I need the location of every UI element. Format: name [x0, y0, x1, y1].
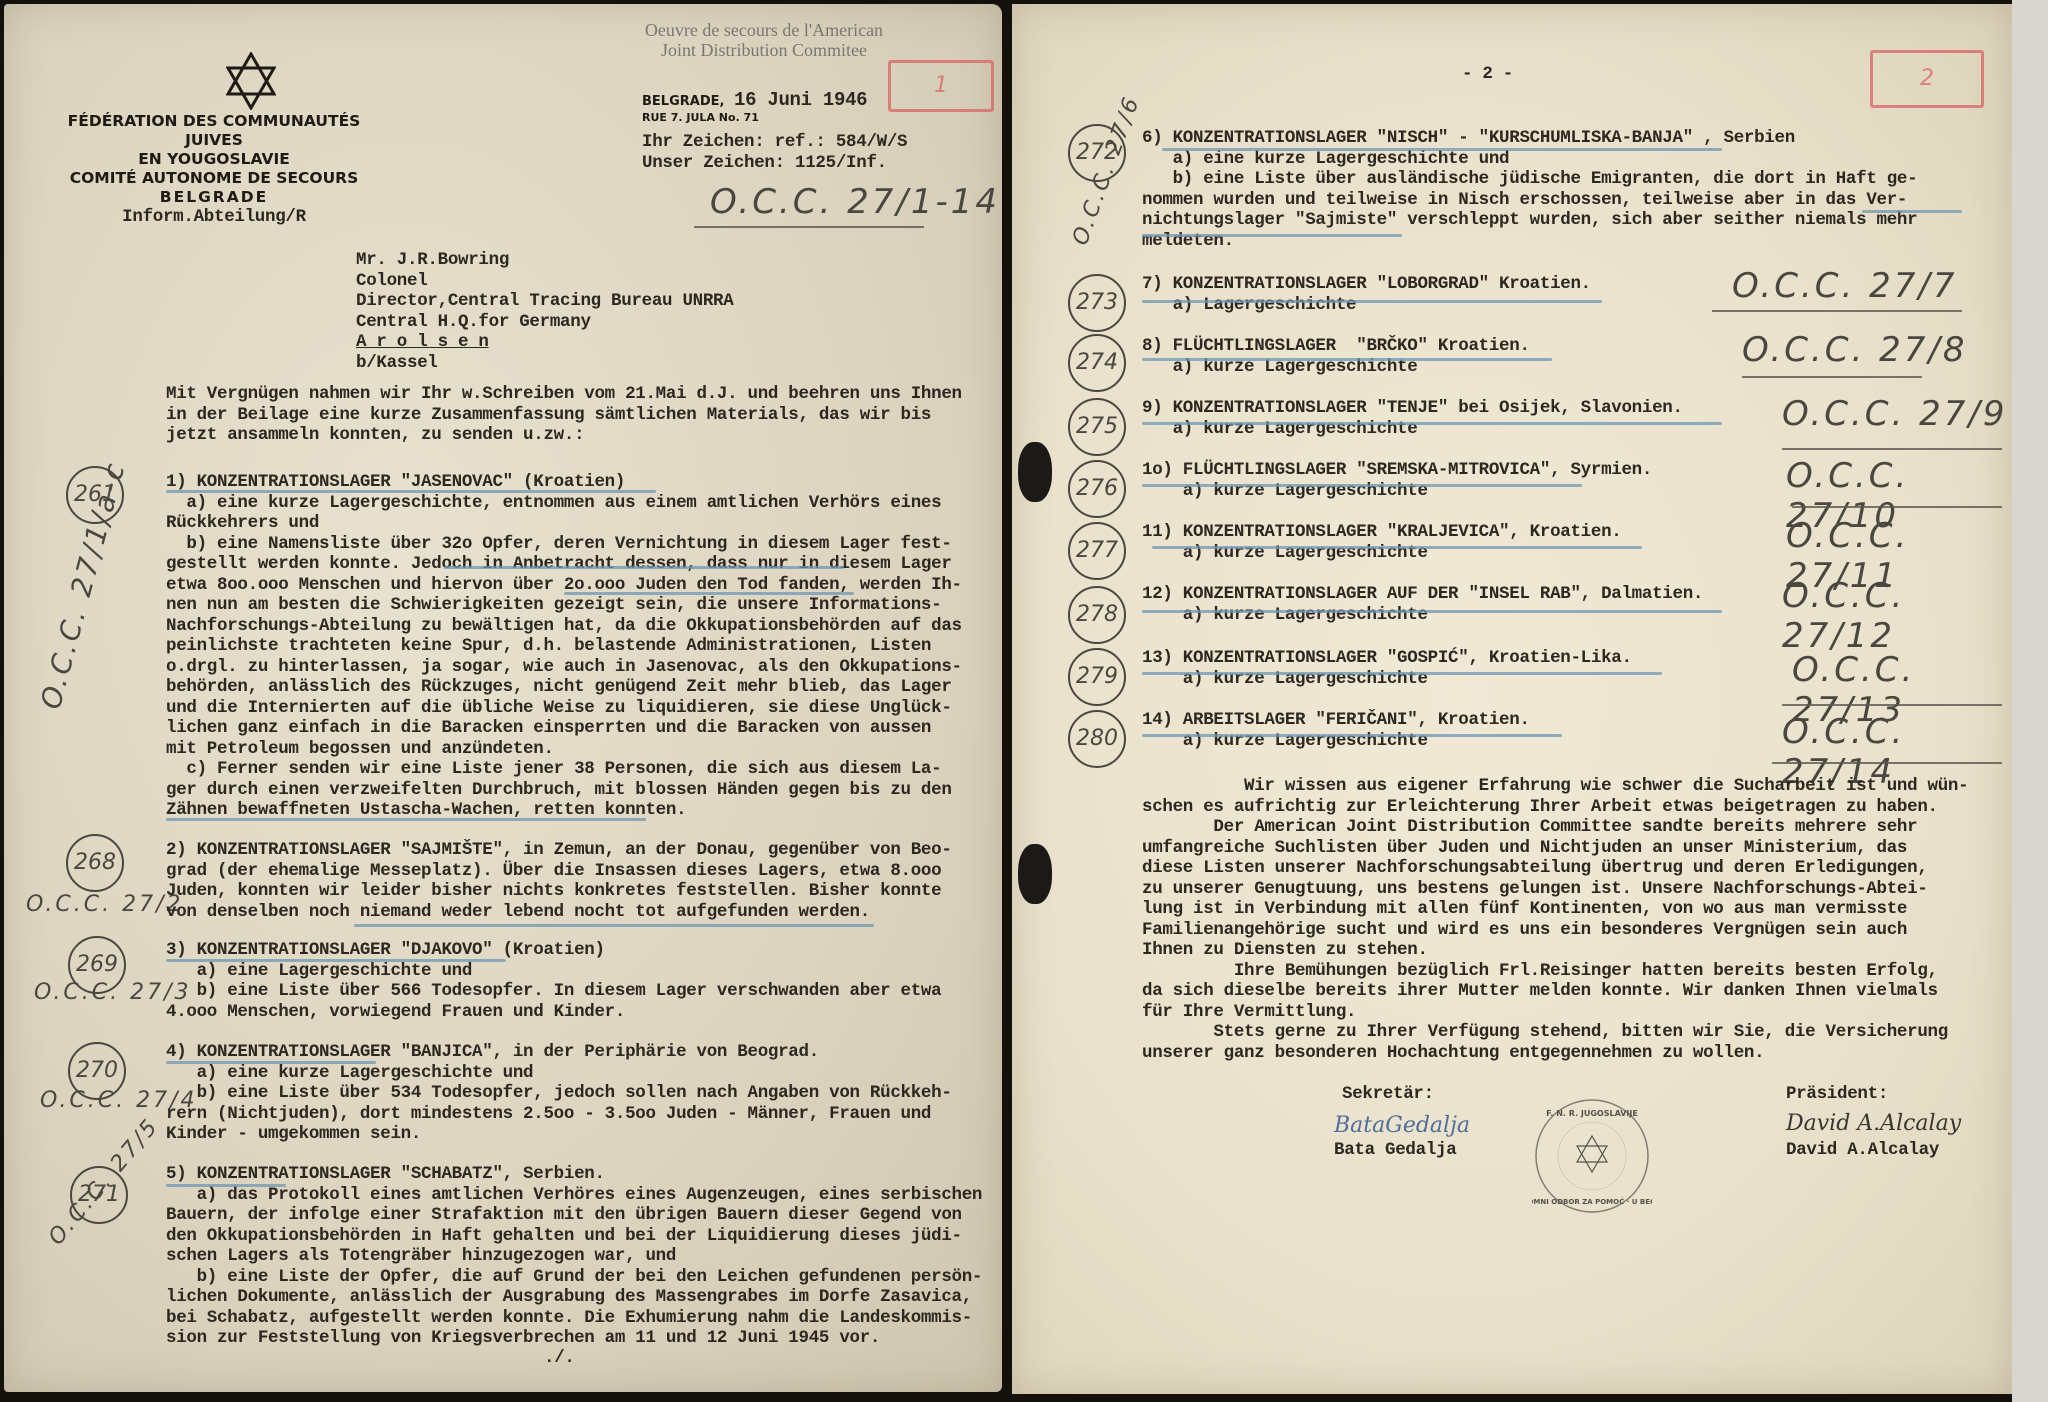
letterhead: FÉDÉRATION DES COMMUNAUTÉS JUIVES EN YOU…	[64, 112, 364, 228]
section-line: nen nun am besten die Schwierigkeiten ge…	[166, 595, 962, 616]
section-line: c) Ferner senden wir eine Liste jener 38…	[166, 759, 962, 780]
section-line: Bauern, der infolge einer Strafaktion mi…	[166, 1205, 982, 1226]
closing-line: Der American Joint Distribution Committe…	[1142, 817, 1968, 838]
place-date: BELGRADE, 16 Juni 1946 RUE 7. JULA No. 7…	[642, 90, 867, 125]
highlight-line	[166, 490, 656, 493]
page-number-box: 1	[888, 60, 994, 112]
section-line: behörden, anlässlich des Rückzuges, nich…	[166, 677, 962, 698]
organization-seal: F. N. R. JUGOSLAVIJE AUTONOMNI ODBOR ZA …	[1532, 1096, 1652, 1216]
section-line: Juden, konnten wir leider bisher nichts …	[166, 881, 952, 902]
closing-line: schen es aufrichtig zur Erleichterung Ih…	[1142, 797, 1968, 818]
archive-number-circle: 279	[1068, 648, 1126, 706]
section-line: Nachforschungs-Abteilung zu bewältigen h…	[166, 616, 962, 637]
highlight-line	[444, 566, 844, 569]
section-line: a) eine Lagergeschichte und	[166, 961, 941, 982]
closing-line: zu unserer Genugtuung, uns bestens gelun…	[1142, 879, 1968, 900]
highlight-line	[166, 1061, 376, 1064]
highlight-line	[354, 924, 874, 927]
section-line: ger durch einen verzweifelten Durchbruch…	[166, 780, 962, 801]
section-heading: 9) KONZENTRATIONSLAGER "TENJE" bei Osije…	[1142, 398, 1683, 419]
section-line: a) Lagergeschichte	[1142, 295, 1591, 316]
highlight-line	[1142, 422, 1722, 425]
highlight-line	[1142, 672, 1662, 675]
section-8: 8) FLÜCHTLINGSLAGER "BRČKO" Kroatien. a)…	[1142, 336, 1530, 377]
section-line: sion zur Feststellung von Kriegsverbrech…	[166, 1328, 982, 1349]
highlight-line	[166, 959, 506, 962]
closing-line: umfangreiche Suchlisten über Juden und N…	[1142, 838, 1968, 859]
file-mark-underline	[694, 226, 924, 228]
section-line: rern (Nichtjuden), dort mindestens 2.5oo…	[166, 1104, 952, 1125]
highlight-line	[1142, 358, 1552, 361]
ajdc-stamp-line-2: Joint Distribution Commitee	[614, 40, 914, 60]
president-signature: David A.Alcalay	[1786, 1111, 1961, 1136]
letterhead-line: FÉDÉRATION DES COMMUNAUTÉS JUIVES	[64, 112, 364, 150]
intro-line: Mit Vergnügen nahmen wir Ihr w.Schreiben…	[166, 384, 962, 405]
file-note-underline	[1792, 506, 2002, 508]
recipient-address: Mr. J.R.Bowring Colonel Director,Central…	[356, 250, 733, 373]
archive-number-circle: 280	[1068, 710, 1126, 768]
scan-background	[2012, 0, 2048, 1402]
section-heading: 8) FLÜCHTLINGSLAGER "BRČKO" Kroatien.	[1142, 336, 1530, 357]
archive-number-circle: 268	[66, 834, 124, 892]
seal-text: F. N. R. JUGOSLAVIJE	[1546, 1109, 1638, 1118]
recipient-line: Central H.Q.for Germany	[356, 312, 733, 333]
ajdc-stamp-line-1: Oeuvre de secours de l'American	[614, 20, 914, 40]
highlight-line	[1142, 610, 1722, 613]
closing-line: für Ihre Vermittlung.	[1142, 1002, 1968, 1023]
section-heading: 6) KONZENTRATIONSLAGER "NISCH" - "KURSCH…	[1142, 128, 1917, 149]
highlight-line	[1142, 300, 1602, 303]
secretary-name: Bata Gedalja	[1334, 1140, 1470, 1161]
continuation-mark: ./.	[544, 1348, 575, 1369]
highlight-line	[1142, 484, 1582, 487]
page-number-box: 2	[1870, 50, 1984, 108]
recipient-city: A r o l s e n	[356, 332, 733, 353]
secretary-signature-block: Sekretär: BataGedalja Bata Gedalja	[1342, 1084, 1470, 1160]
section-line: gestellt werden konnte. Jedoch in Anbetr…	[166, 554, 962, 575]
section-heading: 5) KONZENTRATIONSLAGER "SCHABATZ", Serbi…	[166, 1164, 982, 1185]
closing-line: Ihre Bemühungen bezüglich Frl.Reisinger …	[1142, 961, 1968, 982]
highlight-line	[564, 592, 854, 595]
recipient-line: Colonel	[356, 271, 733, 292]
section-13: 13) KONZENTRATIONSLAGER "GOSPIĆ", Kroati…	[1142, 648, 1632, 689]
highlight-line	[1862, 210, 1962, 213]
secretary-label: Sekretär:	[1342, 1084, 1470, 1105]
section-line: b) eine Namensliste über 32o Opfer, dere…	[166, 534, 962, 555]
file-note-underline	[1772, 762, 2002, 764]
section-5: 5) KONZENTRATIONSLAGER "SCHABATZ", Serbi…	[166, 1164, 982, 1349]
archive-number-circle: 274	[1068, 334, 1126, 392]
section-line: a) das Protokoll eines amtlichen Verhöre…	[166, 1185, 982, 1206]
our-reference: Unser Zeichen: 1125/Inf.	[642, 153, 907, 174]
recipient-line: b/Kassel	[356, 353, 733, 374]
section-line: bei Schabatz, aufgestellt werden konnte.…	[166, 1308, 982, 1329]
ajdc-stamp: Oeuvre de secours de l'American Joint Di…	[614, 20, 914, 60]
section-line: o.drgl. zu hinterlassen, ja sogar, wie a…	[166, 657, 962, 678]
ink-blot	[1018, 844, 1052, 904]
highlight-line	[166, 818, 646, 821]
section-9: 9) KONZENTRATIONSLAGER "TENJE" bei Osije…	[1142, 398, 1683, 439]
seal-text: AUTONOMNI ODBOR ZA POMOĆ · U BEOGRADU	[1532, 1197, 1652, 1206]
recipient-line: Director,Central Tracing Bureau UNRRA	[356, 291, 733, 312]
archive-number-circle: 278	[1068, 586, 1126, 644]
president-name: David A.Alcalay	[1786, 1140, 1961, 1161]
file-note-underline	[1782, 448, 2002, 450]
archive-number-circle: 277	[1068, 522, 1126, 580]
section-heading: 13) KONZENTRATIONSLAGER "GOSPIĆ", Kroati…	[1142, 648, 1632, 669]
file-note-underline	[1782, 704, 2002, 706]
section-heading: 7) KONZENTRATIONSLAGER "LOBORGRAD" Kroat…	[1142, 274, 1591, 295]
archive-number-circle: 276	[1068, 460, 1126, 518]
file-note-underline	[1742, 376, 1922, 378]
section-line: nichtungslager "Sajmiste" verschleppt wu…	[1142, 210, 1917, 231]
highlight-line	[1162, 148, 1722, 151]
section-4: 4) KONZENTRATIONSLAGER "BANJICA", in der…	[166, 1042, 952, 1145]
section-heading: 12) KONZENTRATIONSLAGER AUF DER "INSEL R…	[1142, 584, 1703, 605]
letterhead-line: EN YOUGOSLAVIE	[64, 150, 364, 169]
archive-number-circle: 275	[1068, 398, 1126, 456]
section-line: a) eine kurze Lagergeschichte und	[166, 1063, 952, 1084]
closing-line: Ihnen zu Diensten zu stehen.	[1142, 940, 1968, 961]
section-heading: 1o) FLÜCHTLINGSLAGER "SREMSKA-MITROVICA"…	[1142, 460, 1652, 481]
letterhead-line: COMITÉ AUTONOME DE SECOURS	[64, 169, 364, 188]
section-line: Rückkehrers und	[166, 513, 962, 534]
section-line: peinlichste trachteten keine Spur, d.h. …	[166, 636, 962, 657]
section-heading: 11) KONZENTRATIONSLAGER "KRALJEVICA", Kr…	[1142, 522, 1621, 543]
letterhead-line: BELGRADE	[64, 188, 364, 207]
closing-line: Familienangehörige sucht und wird es uns…	[1142, 920, 1968, 941]
letter-page-2: - 2 - 2 272 O.C.C. 27/6 6) KONZENTRATION…	[1012, 4, 2012, 1394]
president-signature-block: Präsident: David A.Alcalay David A.Alcal…	[1786, 1084, 1961, 1160]
address: RUE 7. JULA No. 71	[642, 111, 867, 125]
section-7: 7) KONZENTRATIONSLAGER "LOBORGRAD" Kroat…	[1142, 274, 1591, 315]
page-number: 1	[934, 73, 948, 98]
page-number: 2	[1920, 66, 1934, 91]
section-10: 1o) FLÜCHTLINGSLAGER "SREMSKA-MITROVICA"…	[1142, 460, 1652, 501]
department: Inform.Abteilung/R	[64, 207, 364, 228]
margin-file-note: O.C.C. 27/7	[1732, 266, 1957, 306]
margin-file-note: O.C.C. 27/2	[26, 892, 184, 917]
their-reference: Ihr Zeichen: ref.: 584/W/S	[642, 132, 907, 153]
section-line: den Okkupationsbehörden in Haft gehalten…	[166, 1226, 982, 1247]
section-12: 12) KONZENTRATIONSLAGER AUF DER "INSEL R…	[1142, 584, 1703, 625]
section-line: b) eine Liste über 566 Todesopfer. In di…	[166, 981, 941, 1002]
margin-file-note: O.C.C. 27/9	[1782, 394, 2007, 434]
section-line: von denselben noch niemand weder lebend …	[166, 902, 952, 923]
section-heading: 14) ARBEITSLAGER "FERIČANI", Kroatien.	[1142, 710, 1530, 731]
letter-page-1: Oeuvre de secours de l'American Joint Di…	[4, 4, 1002, 1392]
closing-line: da sich dieselbe bereits ihrer Mutter me…	[1142, 981, 1968, 1002]
closing-line: Wir wissen aus eigener Erfahrung wie sch…	[1142, 776, 1968, 797]
section-line: Kinder - umgekommen sein.	[166, 1124, 952, 1145]
file-mark-handwritten: O.C.C. 27/1-14	[710, 182, 1000, 222]
recipient-line: Mr. J.R.Bowring	[356, 250, 733, 271]
section-line: mit Petroleum begossen und anzündeten.	[166, 739, 962, 760]
closing-line: diese Listen unserer Nachforschungsabtei…	[1142, 858, 1968, 879]
section-heading: 4) KONZENTRATIONSLAGER "BANJICA", in der…	[166, 1042, 952, 1063]
closing-line: Stets gerne zu Ihrer Verfügung stehend, …	[1142, 1022, 1968, 1043]
highlight-line	[1142, 734, 1562, 737]
section-1: 1) KONZENTRATIONSLAGER "JASENOVAC" (Kroa…	[166, 472, 962, 821]
section-line: nommen wurden und teilweise in Nisch ers…	[1142, 190, 1917, 211]
highlight-line	[1142, 234, 1402, 237]
intro-line: in der Beilage eine kurze Zusammenfassun…	[166, 405, 962, 426]
star-of-david-icon	[226, 52, 276, 110]
section-14: 14) ARBEITSLAGER "FERIČANI", Kroatien. a…	[1142, 710, 1530, 751]
section-line: lichen ganz einfach in die Baracken eins…	[166, 718, 962, 739]
section-line: grad (der ehemalige Messeplatz). Über di…	[166, 861, 952, 882]
section-line: und die Internierten auf die übliche Wei…	[166, 698, 962, 719]
margin-file-note: O.C.C. 27/5	[44, 1113, 164, 1250]
section-heading: 2) KONZENTRATIONSLAGER "SAJMIŠTE", in Ze…	[166, 840, 952, 861]
section-line: a) kurze Lagergeschichte	[1142, 605, 1703, 626]
secretary-signature: BataGedalja	[1334, 1113, 1470, 1138]
references: Ihr Zeichen: ref.: 584/W/S Unser Zeichen…	[642, 132, 907, 173]
ink-blot	[1018, 442, 1052, 502]
margin-file-note: O.C.C. 27/12	[1782, 576, 2012, 656]
section-11: 11) KONZENTRATIONSLAGER "KRALJEVICA", Kr…	[1142, 522, 1621, 563]
section-heading: 3) KONZENTRATIONSLAGER "DJAKOVO" (Kroati…	[166, 940, 941, 961]
section-line: a) eine kurze Lagergeschichte und	[1142, 149, 1917, 170]
section-line: b) eine Liste über ausländische jüdische…	[1142, 169, 1917, 190]
closing-line: unserer ganz besonderen Hochachtung entg…	[1142, 1043, 1968, 1064]
archive-number-circle: 273	[1068, 274, 1126, 332]
section-line: b) eine Liste über 534 Todesopfer, jedoc…	[166, 1083, 952, 1104]
file-note-underline	[1712, 310, 1962, 312]
section-line: lichen Dokumente, anlässlich der Ausgrab…	[166, 1287, 982, 1308]
closing-line: lung ist in Verbindung mit allen fünf Ko…	[1142, 899, 1968, 920]
place: BELGRADE,	[642, 94, 724, 109]
section-line: schen Lagers als Totengräber hinzugezoge…	[166, 1246, 982, 1267]
president-label: Präsident:	[1786, 1084, 1961, 1105]
section-6: 6) KONZENTRATIONSLAGER "NISCH" - "KURSCH…	[1142, 128, 1917, 251]
margin-file-note: O.C.C. 27/8	[1742, 330, 1967, 370]
section-line: 4.ooo Menschen, vorwiegend Frauen und Ki…	[166, 1002, 941, 1023]
section-line: b) eine Liste der Opfer, die auf Grund d…	[166, 1267, 982, 1288]
intro-paragraph: Mit Vergnügen nahmen wir Ihr w.Schreiben…	[166, 384, 962, 446]
date: 16 Juni 1946	[734, 89, 867, 111]
section-2: 2) KONZENTRATIONSLAGER "SAJMIŠTE", in Ze…	[166, 840, 952, 922]
closing-paragraphs: Wir wissen aus eigener Erfahrung wie sch…	[1142, 776, 1968, 1063]
page-label: - 2 -	[1462, 64, 1513, 85]
highlight-line	[1152, 546, 1642, 549]
highlight-line	[166, 1184, 286, 1187]
intro-line: jetzt ansammeln konnten, zu senden u.zw.…	[166, 425, 962, 446]
section-line: a) eine kurze Lagergeschichte, entnommen…	[166, 493, 962, 514]
section-3: 3) KONZENTRATIONSLAGER "DJAKOVO" (Kroati…	[166, 940, 941, 1022]
